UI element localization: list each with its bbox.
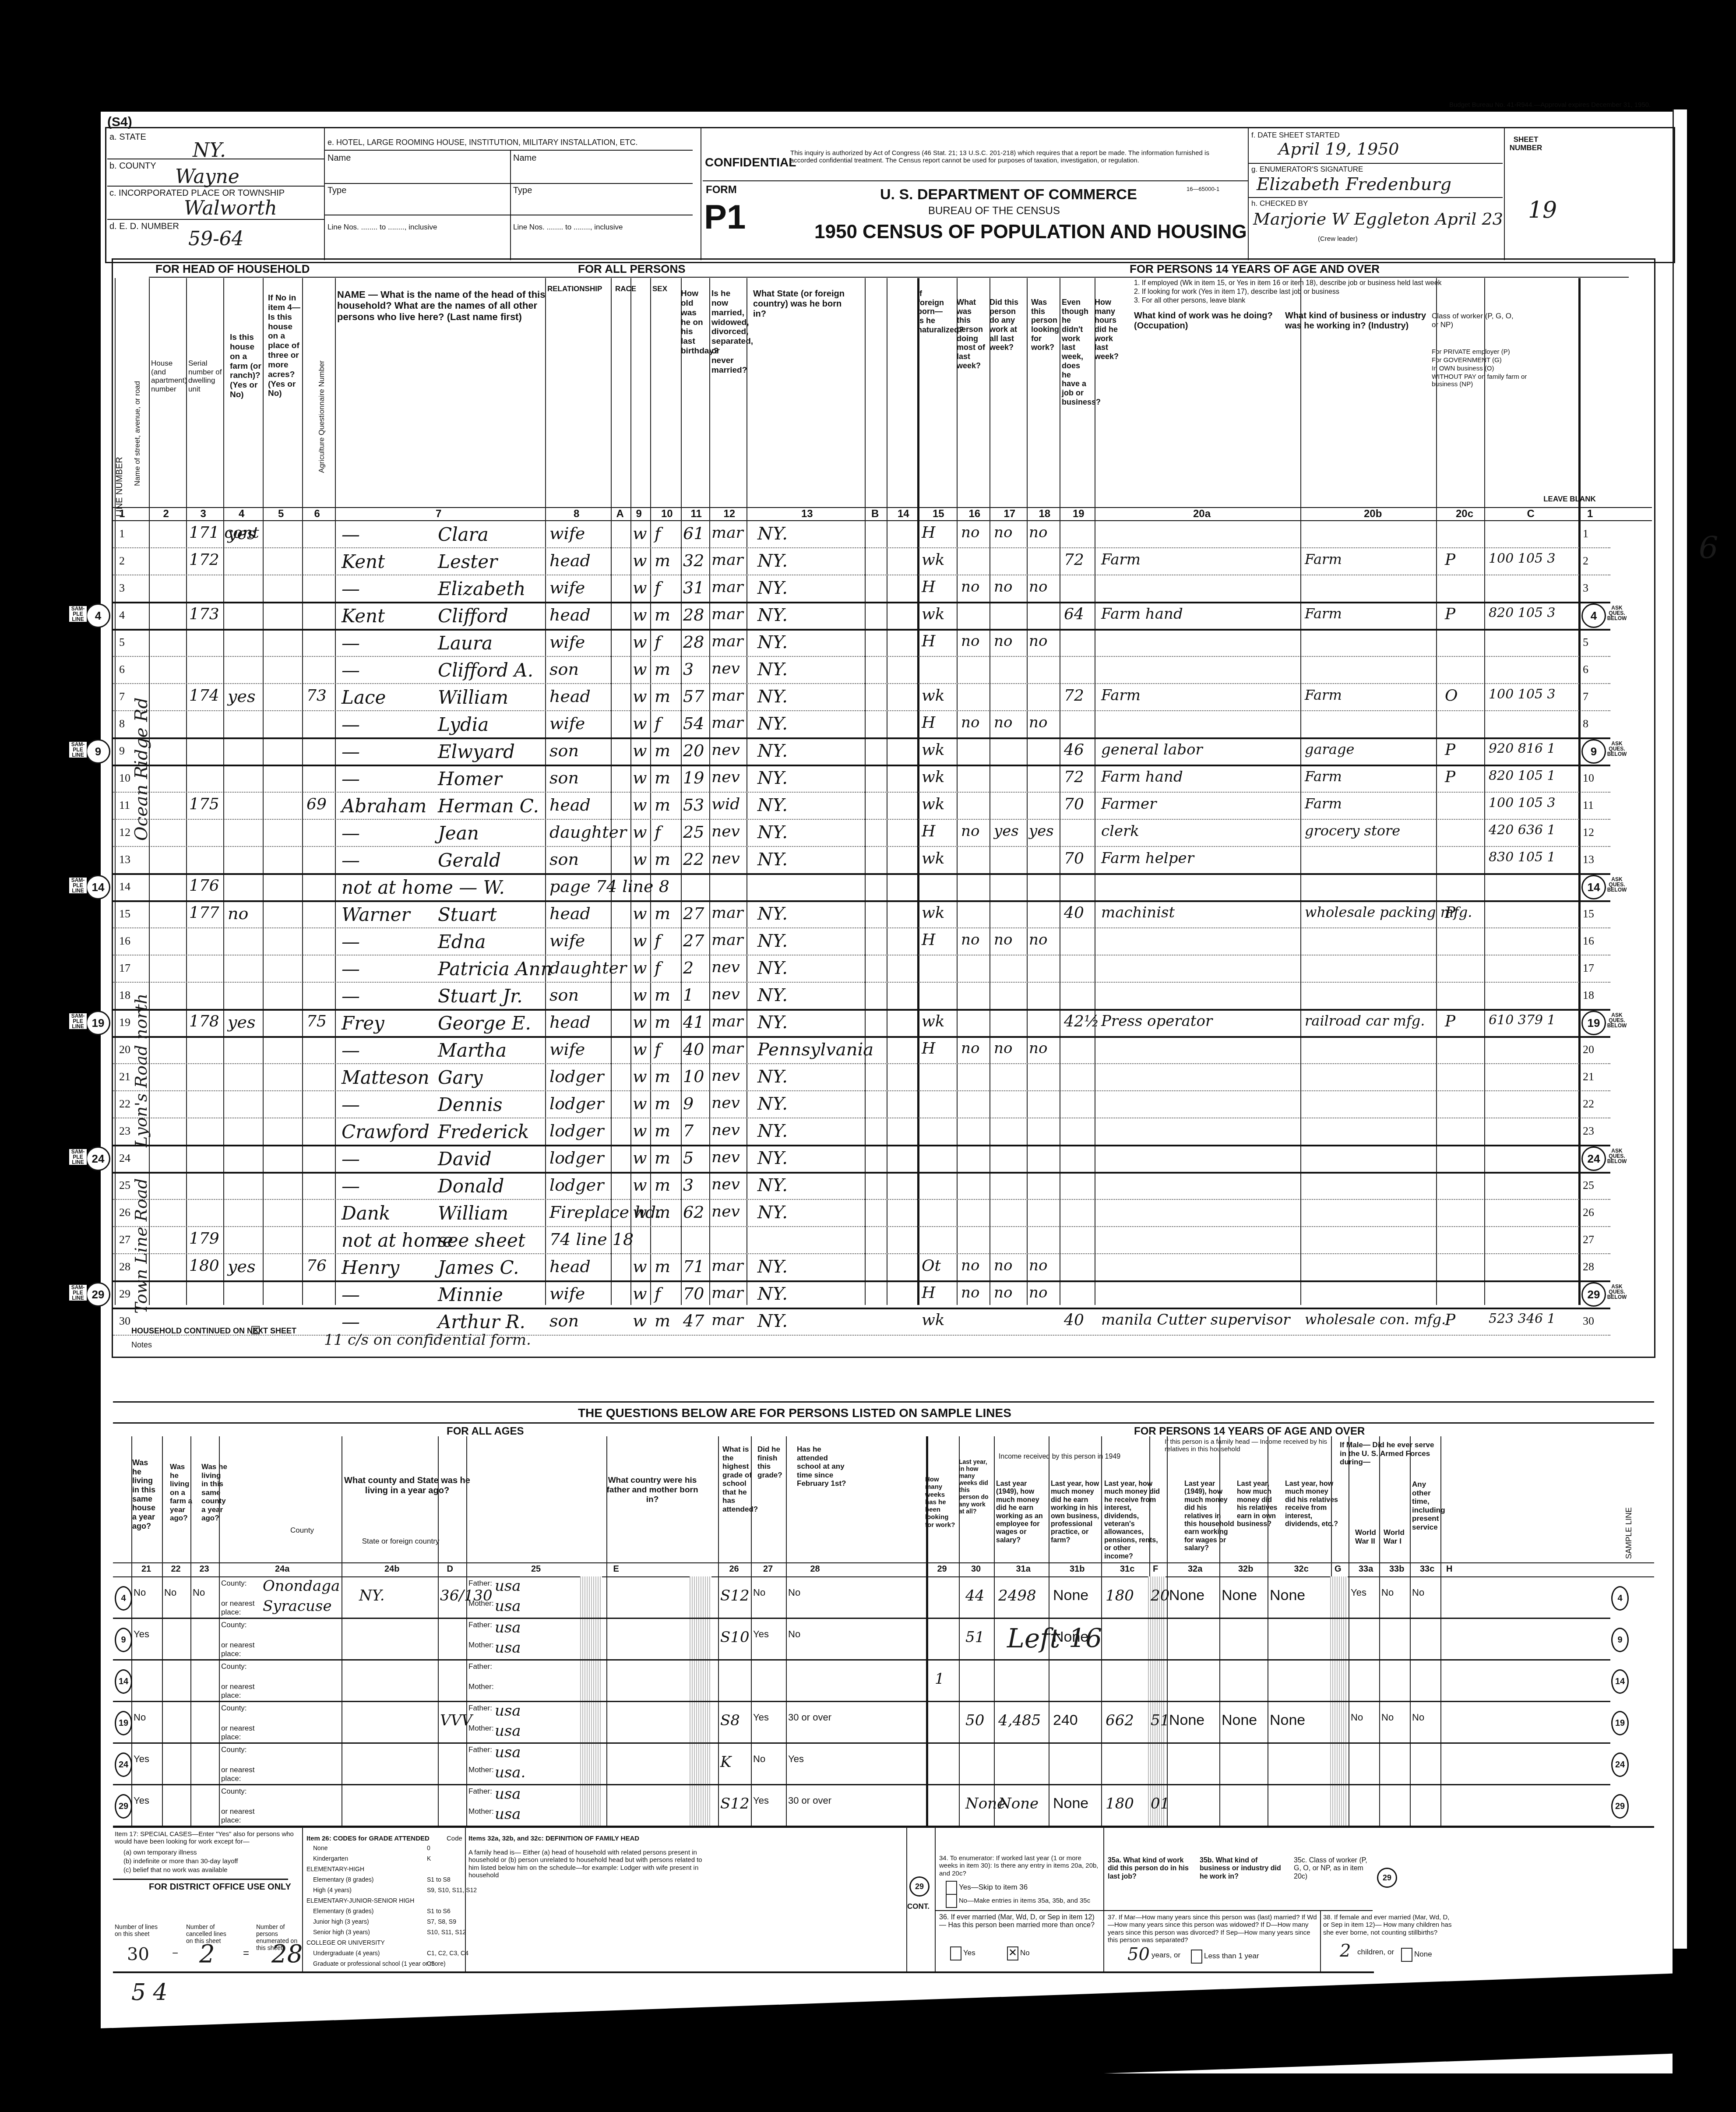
cell-age: 20 bbox=[683, 741, 704, 760]
sample-cell-attended[interactable]: No bbox=[788, 1629, 800, 1640]
line-number-right: 26 bbox=[1583, 1206, 1594, 1219]
column-number: 7 bbox=[436, 508, 441, 520]
cell-d16: no bbox=[961, 931, 979, 948]
ask-questions-label: ASK QUES. BELOW bbox=[1606, 1012, 1628, 1028]
cell-mar: nev bbox=[711, 1121, 740, 1139]
cell-code: 830 105 1 bbox=[1489, 850, 1556, 865]
institution-label: e. HOTEL, LARGE ROOMING HOUSE, INSTITUTI… bbox=[327, 138, 637, 147]
cell-mar: mar bbox=[711, 904, 743, 922]
cell-birth: NY. bbox=[757, 1257, 788, 1277]
cell-first: James C. bbox=[438, 1257, 519, 1278]
form-title: 1950 CENSUS OF POPULATION AND HOUSING bbox=[814, 221, 1247, 243]
cell-serial: 173 bbox=[189, 605, 219, 623]
line-number: 7 bbox=[119, 690, 125, 703]
cell-d15: H bbox=[922, 578, 935, 596]
cell-d16: no bbox=[961, 632, 979, 650]
sample-row-line-tag-icon: 14 bbox=[115, 1669, 132, 1694]
cell-occ: Farmer bbox=[1101, 795, 1156, 813]
cell-rel: son bbox=[549, 985, 579, 1005]
column-number: 16 bbox=[969, 508, 981, 520]
cell-occ: Farm hand bbox=[1101, 768, 1183, 786]
sample-column-number: 27 bbox=[763, 1564, 773, 1574]
sample-cell-c21[interactable]: Yes bbox=[134, 1629, 149, 1640]
sample-cell-c21[interactable]: Yes bbox=[134, 1795, 149, 1806]
cell-race: w bbox=[633, 850, 647, 869]
sample-column-number: 32c bbox=[1294, 1564, 1309, 1574]
continued-checkbox[interactable]: ☒ bbox=[250, 1324, 261, 1337]
father-label: Father: bbox=[468, 1662, 492, 1671]
sample-column-number: 24b bbox=[384, 1564, 399, 1574]
cell-d17: no bbox=[994, 632, 1012, 650]
sample-cell-attended[interactable]: 30 or over bbox=[788, 1712, 831, 1723]
line-number-right: 13 bbox=[1583, 853, 1594, 866]
col-4-header: Is this house on a farm (or ranch)? (Yes… bbox=[230, 333, 263, 400]
col-31b-header: Last year, how much money did he earn wo… bbox=[1051, 1480, 1101, 1544]
sample-cell-c31b[interactable]: 240 bbox=[1053, 1712, 1078, 1729]
cell-birth: NY. bbox=[757, 850, 788, 870]
col-15-header: What was this person doing most of last … bbox=[957, 298, 985, 370]
cell-race: w bbox=[633, 1311, 647, 1330]
cell-d15: H bbox=[922, 1284, 935, 1302]
cell-d17: no bbox=[994, 578, 1012, 596]
sample-cell-c32a[interactable]: None bbox=[1169, 1712, 1204, 1729]
grade-code-label: Senior high (3 years) bbox=[313, 1929, 370, 1936]
cell-d17: no bbox=[994, 714, 1012, 731]
person-row: 2525—Donaldlodgerwm3nevNY. bbox=[0, 1173, 1736, 1200]
cell-age: 7 bbox=[683, 1121, 694, 1140]
person-row: 2424—Davidlodgerwm5nevNY.24SAM-PLE LINE2… bbox=[0, 1146, 1736, 1173]
column-number: 8 bbox=[574, 508, 579, 520]
line-number-right: 28 bbox=[1583, 1260, 1594, 1273]
cell-age: 61 bbox=[683, 524, 704, 543]
cell-d15: wk bbox=[922, 904, 945, 922]
column-number: 13 bbox=[801, 508, 813, 520]
county-label: County: bbox=[221, 1704, 247, 1713]
cell-rel: head bbox=[549, 687, 591, 706]
sample-line-tag-icon: 19 bbox=[86, 1011, 110, 1035]
cell-sex: m bbox=[655, 1175, 670, 1195]
q38-suffix: children, or bbox=[1357, 1948, 1394, 1957]
cell-first: Jean bbox=[438, 822, 479, 844]
cell-ind: railroad car mfg. bbox=[1305, 1012, 1425, 1029]
cell-d18: no bbox=[1029, 524, 1047, 541]
sample-cell-c32b[interactable]: None bbox=[1222, 1587, 1257, 1604]
sample-line-label: SAM-PLE LINE bbox=[69, 878, 87, 893]
street-annotation-3: Town Line Road bbox=[131, 1178, 151, 1314]
cell-serial: 179 bbox=[189, 1230, 219, 1248]
line-number-right: 11 bbox=[1583, 799, 1594, 812]
sample-column-number: 33c bbox=[1420, 1564, 1434, 1574]
column-number: 2 bbox=[163, 508, 169, 520]
cell-first: Gerald bbox=[438, 850, 501, 871]
cell-age: 28 bbox=[683, 605, 704, 624]
sample-cell-attended[interactable]: No bbox=[788, 1587, 800, 1598]
sample-cell-c33a[interactable]: No bbox=[1351, 1712, 1363, 1723]
sample-row-line-tag-icon: 4 bbox=[115, 1586, 132, 1611]
column-number: 6 bbox=[314, 508, 320, 520]
sample-column-number: D bbox=[447, 1564, 453, 1574]
sample-cell-c32c[interactable]: None bbox=[1270, 1712, 1305, 1729]
cell-rel: head bbox=[549, 795, 591, 814]
cell-age: 10 bbox=[683, 1067, 704, 1086]
person-row: 99—Elwyardsonwm20nevNY.wk46general labor… bbox=[0, 738, 1736, 765]
cell-sex: m bbox=[655, 687, 670, 706]
grade-code-label: Undergraduate (4 years) bbox=[313, 1950, 380, 1957]
cell-ind: wholesale con. mfg. bbox=[1305, 1311, 1446, 1328]
cell-serial: 172 bbox=[189, 551, 219, 569]
sample-cell-father: usa bbox=[495, 1744, 521, 1761]
cell-first: David bbox=[438, 1148, 492, 1170]
cell-last: Henry bbox=[342, 1257, 399, 1278]
cell-birth: NY. bbox=[757, 714, 788, 734]
cell-rel: head bbox=[549, 551, 591, 570]
cell-last: Kent bbox=[342, 551, 385, 572]
sample-cell-c21[interactable]: No bbox=[134, 1587, 146, 1598]
ed-label: d. E. D. NUMBER bbox=[109, 222, 179, 231]
father-label: Father: bbox=[468, 1704, 492, 1713]
column-number: 10 bbox=[661, 508, 673, 520]
sample-cell-c31a: 4,485 bbox=[998, 1712, 1041, 1729]
line-number-right: 18 bbox=[1583, 989, 1594, 1002]
grade-code-label: ELEMENTARY-HIGH bbox=[306, 1865, 364, 1872]
cell-code: 523 346 1 bbox=[1489, 1311, 1556, 1326]
col-33c-header: Any other time, including present servic… bbox=[1412, 1480, 1438, 1531]
cell-birth: NY. bbox=[757, 958, 788, 978]
special-case-b: (b) indefinite or more than 30-day layof… bbox=[123, 1858, 307, 1865]
col-30-header: Last year, in how many weeks did this pe… bbox=[959, 1458, 992, 1515]
line-number: 13 bbox=[119, 853, 130, 866]
column-number: 20c bbox=[1456, 508, 1473, 520]
column-number: 12 bbox=[724, 508, 736, 520]
q38-none[interactable]: None bbox=[1401, 1948, 1432, 1962]
cell-race: w bbox=[633, 1175, 647, 1195]
grade-code-value: C1, C2, C3, C4 bbox=[427, 1950, 468, 1957]
line-number: 2 bbox=[119, 554, 125, 568]
grade-code-label: Elementary (6 grades) bbox=[313, 1907, 374, 1915]
line-number: 27 bbox=[119, 1233, 130, 1246]
institution-name-label-2: Name bbox=[513, 153, 536, 163]
cell-last: Abraham bbox=[342, 795, 426, 817]
sample-line-label: SAM-PLE LINE bbox=[69, 742, 87, 758]
cell-d15: wk bbox=[922, 1012, 945, 1030]
cell-hours: 40 bbox=[1064, 904, 1084, 922]
cell-age: 1 bbox=[683, 985, 694, 1005]
cell-birth: Pennsylvania bbox=[757, 1040, 873, 1060]
person-row: 2626DankWilliamFireplace hd.wm62nevNY. bbox=[0, 1200, 1736, 1227]
grade-code-label: Junior high (3 years) bbox=[313, 1918, 369, 1925]
col-24a-header: County bbox=[254, 1526, 350, 1535]
mother-label: Mother: bbox=[468, 1807, 494, 1816]
sample-column-number: H bbox=[1446, 1564, 1452, 1574]
q35a-text: 35a. What kind of work did this person d… bbox=[1108, 1857, 1195, 1881]
cell-mar: mar bbox=[711, 687, 743, 705]
cell-hours: 72 bbox=[1064, 687, 1084, 705]
line-number-right: 12 bbox=[1583, 826, 1594, 839]
sample-cell-c31b[interactable]: None bbox=[1053, 1795, 1088, 1812]
father-label: Father: bbox=[468, 1579, 492, 1588]
line-number-right: 7 bbox=[1583, 690, 1588, 703]
grade-code-label: Kindergarten bbox=[313, 1855, 348, 1862]
sample-cell-mother: usa bbox=[495, 1597, 521, 1615]
col-20a-header: What kind of work was he doing? (Occupat… bbox=[1134, 311, 1278, 331]
cell-occ: clerk bbox=[1101, 822, 1139, 840]
cell-first: Gary bbox=[438, 1067, 482, 1088]
cell-sex: m bbox=[655, 904, 670, 923]
cell-rel: son bbox=[549, 768, 579, 787]
cell-d16: no bbox=[961, 1257, 979, 1274]
line-number: 15 bbox=[119, 907, 130, 920]
cell-farm: yes bbox=[228, 1257, 255, 1276]
cell-farm: yes bbox=[228, 524, 255, 543]
sample-cell-finish[interactable]: Yes bbox=[753, 1629, 769, 1640]
cell-d15: wk bbox=[922, 551, 945, 569]
sample-column-number: 26 bbox=[729, 1564, 739, 1574]
sample-row-line-tag-icon: 29 bbox=[1611, 1794, 1629, 1819]
grade-code-label: None bbox=[313, 1844, 327, 1851]
mother-label: Mother: bbox=[468, 1641, 494, 1650]
person-row: 2121MattesonGarylodgerwm10nevNY. bbox=[0, 1064, 1736, 1091]
cell-age: 40 bbox=[683, 1040, 704, 1059]
sample-cell-c32b[interactable]: None bbox=[1222, 1712, 1257, 1729]
sample-cell-c23[interactable]: No bbox=[193, 1587, 205, 1598]
grade-code-value: 0 bbox=[427, 1844, 430, 1851]
father-label: Father: bbox=[468, 1621, 492, 1629]
special-case-a: (a) own temporary illness bbox=[123, 1849, 307, 1856]
sample-cell-c32a[interactable]: None bbox=[1169, 1587, 1204, 1604]
sample-cell-c33b[interactable]: No bbox=[1381, 1587, 1394, 1598]
sample-cell-c21[interactable]: Yes bbox=[134, 1753, 149, 1765]
cell-race: w bbox=[633, 1257, 647, 1276]
cell-code: 820 105 1 bbox=[1489, 768, 1556, 783]
sample-cell-finish[interactable]: No bbox=[753, 1587, 765, 1598]
sample-cell-c30: 44 bbox=[965, 1587, 984, 1604]
cell-rel: son bbox=[549, 1311, 579, 1330]
cell-first: Patricia Ann bbox=[438, 958, 553, 980]
cell-first: Lester bbox=[438, 551, 497, 572]
q36-no[interactable]: ✕No bbox=[1007, 1946, 1030, 1960]
institution-name-label-1: Name bbox=[327, 153, 351, 163]
col-14-header: If foreign born— Is he naturalized? bbox=[917, 289, 946, 334]
sample-cell-c21[interactable]: No bbox=[134, 1712, 146, 1723]
sample-row-line-tag-icon: 9 bbox=[1611, 1628, 1629, 1652]
cell-birth: NY. bbox=[757, 822, 788, 843]
cell-hours: 64 bbox=[1064, 605, 1084, 623]
cell-birth: NY. bbox=[757, 659, 788, 680]
grade-code-column: Code bbox=[447, 1835, 462, 1842]
form-code: 16—65000-1 bbox=[1187, 186, 1219, 192]
cell-d16: no bbox=[961, 714, 979, 731]
person-row: 1919178yes75FreyGeorge E.headwm41marNY.w… bbox=[0, 1010, 1736, 1037]
left-annotation: Left 16 bbox=[1007, 1623, 1102, 1654]
sample-line-label: SAM-PLE LINE bbox=[69, 1149, 87, 1165]
cell-race: w bbox=[633, 578, 647, 597]
family-head-text: A family head is— Either (a) head of hou… bbox=[468, 1849, 705, 1879]
person-row: 1313—Geraldsonwm22nevNY.wk70Farm helper8… bbox=[0, 847, 1736, 874]
cell-mar: nev bbox=[711, 659, 740, 677]
q35b-text: 35b. What kind of business or industry d… bbox=[1200, 1857, 1287, 1881]
line-number: 6 bbox=[119, 663, 125, 676]
nearest-place-label: or nearest place: bbox=[221, 1682, 261, 1699]
sample-cell-c33c[interactable]: No bbox=[1412, 1587, 1424, 1598]
cell-d17: no bbox=[994, 524, 1012, 541]
line-number: 23 bbox=[119, 1125, 130, 1138]
sample-cell-c30: 51 bbox=[965, 1629, 984, 1646]
cell-mar: mar bbox=[711, 714, 743, 732]
q37-answer: 50 bbox=[1127, 1944, 1150, 1964]
sample-row-line-tag-icon: 24 bbox=[115, 1752, 132, 1777]
cell-last: — bbox=[342, 578, 360, 599]
sample-cell-c33b[interactable]: No bbox=[1381, 1712, 1394, 1723]
sample-line-tag-icon: 9 bbox=[86, 739, 110, 764]
cell-cls: O bbox=[1445, 687, 1458, 705]
col-8-header: RELATIONSHIP bbox=[547, 285, 609, 293]
street-name-label: Name of street, avenue, or road bbox=[134, 302, 142, 486]
grade-code-label: Elementary (8 grades) bbox=[313, 1876, 374, 1883]
sample-cell-attended[interactable]: Yes bbox=[788, 1753, 804, 1765]
cell-sex: f bbox=[655, 1040, 661, 1059]
cell-last: — bbox=[342, 1175, 360, 1197]
cell-code: 100 105 3 bbox=[1489, 551, 1556, 566]
sample-cell-c22[interactable]: No bbox=[164, 1587, 176, 1598]
sample-cell-finish[interactable]: Yes bbox=[753, 1795, 769, 1806]
line-number-right: 22 bbox=[1583, 1097, 1594, 1111]
cell-d16: no bbox=[961, 1284, 979, 1301]
sample-column-number: 24a bbox=[275, 1564, 289, 1574]
sample-cell-attended[interactable]: 30 or over bbox=[788, 1795, 831, 1806]
sample-cell-finish[interactable]: No bbox=[753, 1753, 765, 1765]
ed-number: 59-64 bbox=[188, 228, 244, 250]
sample-cell-c29: 1 bbox=[935, 1670, 944, 1688]
line-number: 10 bbox=[119, 772, 130, 785]
sample-cell-c33c[interactable]: No bbox=[1412, 1712, 1424, 1723]
nearest-place-label: or nearest place: bbox=[221, 1641, 261, 1658]
cell-mar: mar bbox=[711, 605, 743, 623]
cell-sex: m bbox=[655, 1148, 670, 1167]
cell-hours: 70 bbox=[1064, 850, 1084, 867]
cell-age: 27 bbox=[683, 904, 704, 923]
sample-row-line-tag-icon: 19 bbox=[1611, 1711, 1629, 1735]
cell-last: Crawford bbox=[342, 1121, 430, 1142]
budget-note: Budget Bureau No. 41-R944.—Approval expi… bbox=[1449, 102, 1651, 109]
cell-mar: mar bbox=[711, 551, 743, 569]
cell-last: Dank bbox=[342, 1202, 390, 1224]
cell-sex: m bbox=[655, 1094, 670, 1113]
person-row: 33—Elizabethwifewf31marNY.Hnonono bbox=[0, 575, 1736, 603]
cell-d17: no bbox=[994, 1040, 1012, 1057]
cell-rel: wife bbox=[549, 1040, 585, 1059]
cell-race: w bbox=[633, 551, 647, 570]
q34-no[interactable]: No—Make entries in items 35a, 35b, and 3… bbox=[946, 1894, 1090, 1908]
q37-less-than-year[interactable]: Less than 1 year bbox=[1191, 1950, 1259, 1964]
sample-column-number: 32b bbox=[1238, 1564, 1253, 1574]
sample-cell-c31b[interactable]: None bbox=[1053, 1587, 1088, 1604]
sample-cell-d: VVV bbox=[440, 1712, 472, 1729]
grade-code-value: S9, S10, S11, S12 bbox=[427, 1886, 477, 1893]
person-row: 55—Laurawifewf28marNY.Hnonono bbox=[0, 630, 1736, 657]
cell-race: w bbox=[633, 687, 647, 706]
sample-cell-grade: S8 bbox=[720, 1712, 740, 1729]
ask-questions-label: ASK QUES. BELOW bbox=[1606, 877, 1628, 892]
q34-yes[interactable]: Yes—Skip to item 36 bbox=[946, 1881, 1028, 1895]
cell-sex: m bbox=[655, 1121, 670, 1140]
sample-cell-mother: usa bbox=[495, 1722, 521, 1740]
cell-first: Dennis bbox=[438, 1094, 503, 1115]
armed-forces-header: If Male— Did he ever serve in the U. S. … bbox=[1340, 1441, 1436, 1467]
cell-serial: 178 bbox=[189, 1012, 219, 1030]
q36-yes[interactable]: Yes bbox=[950, 1946, 975, 1960]
income-header: Income received by this person in 1949 bbox=[981, 1453, 1138, 1461]
sample-cell-c32c[interactable]: None bbox=[1270, 1587, 1305, 1604]
sample-row-line-tag-icon: 4 bbox=[1611, 1586, 1629, 1611]
cell-last: — bbox=[342, 524, 360, 545]
cell-age: 57 bbox=[683, 687, 704, 706]
line-number-right: 8 bbox=[1583, 717, 1588, 730]
occupation-instruction-2: 2. If looking for work (Yes in item 17),… bbox=[1134, 288, 1484, 296]
sample-line-label: SAM-PLE LINE bbox=[69, 1285, 87, 1301]
continued-label: HOUSEHOLD CONTINUED ON NEXT SHEET bbox=[131, 1327, 296, 1336]
cell-rel: daughter bbox=[549, 822, 627, 842]
sample-cell-finish[interactable]: Yes bbox=[753, 1712, 769, 1723]
cell-sex: f bbox=[655, 1284, 661, 1303]
sample-row: 2424County:or nearest place:Father:Mothe… bbox=[0, 1744, 1736, 1785]
cell-sex: m bbox=[655, 768, 670, 787]
cell-last: Matteson bbox=[342, 1067, 430, 1088]
person-row: 77174yes73LaceWilliamheadwm57marNY.wk72F… bbox=[0, 684, 1736, 711]
sample-column-number: 33b bbox=[1389, 1564, 1404, 1574]
sample-cell-county: Onondaga bbox=[263, 1577, 340, 1595]
all-persons-header: FOR ALL PERSONS bbox=[578, 263, 686, 275]
cell-birth: NY. bbox=[757, 632, 788, 652]
place-label: c. INCORPORATED PLACE OR TOWNSHIP bbox=[109, 188, 285, 198]
occupation-instruction-1: 1. If employed (Wk in item 15, or Yes in… bbox=[1134, 279, 1484, 287]
cell-last: — bbox=[342, 741, 360, 762]
cell-ind: Farm bbox=[1305, 795, 1342, 812]
cell-mar: nev bbox=[711, 1148, 740, 1166]
cell-mar: nev bbox=[711, 741, 740, 759]
person-row: 1010—Homersonwm19nevNY.wk72Farm handFarm… bbox=[0, 765, 1736, 793]
cell-cls: P bbox=[1445, 1012, 1455, 1030]
line-number-right: 17 bbox=[1583, 962, 1594, 975]
sample-column-number: 30 bbox=[971, 1564, 981, 1574]
cell-code: 820 105 3 bbox=[1489, 605, 1556, 621]
cell-last: — bbox=[342, 632, 360, 654]
column-number: 18 bbox=[1039, 508, 1051, 520]
cell-serial: 174 bbox=[189, 687, 219, 705]
line-nos-1: Line Nos. ........ to ........, inclusiv… bbox=[327, 223, 437, 232]
sample-row: 99County:or nearest place:Father:Mother:… bbox=[0, 1619, 1736, 1661]
cell-last: — bbox=[342, 768, 360, 790]
cell-race: w bbox=[633, 795, 647, 814]
sample-cell-c33a[interactable]: Yes bbox=[1351, 1587, 1366, 1598]
sample-cell-f: 51 bbox=[1151, 1712, 1169, 1729]
cell-cls: P bbox=[1445, 1311, 1455, 1329]
sample-row-line-tag-icon: 29 bbox=[115, 1794, 132, 1819]
cell-d15: H bbox=[922, 931, 935, 949]
cell-first: Frederick bbox=[438, 1121, 529, 1142]
ask-questions-label: ASK QUES. BELOW bbox=[1606, 1148, 1628, 1164]
cell-first: Minnie bbox=[438, 1284, 503, 1305]
sample-row-line-tag-icon: 14 bbox=[1611, 1669, 1629, 1694]
line-number: 17 bbox=[119, 962, 130, 975]
line-number: 12 bbox=[119, 826, 130, 839]
cell-sex: m bbox=[655, 1012, 670, 1032]
ask-questions-label: ASK QUES. BELOW bbox=[1606, 1284, 1628, 1300]
date-label: f. DATE SHEET STARTED bbox=[1251, 131, 1340, 140]
cell-age: 25 bbox=[683, 822, 704, 842]
cell-birth: NY. bbox=[757, 687, 788, 707]
line-number-right: 16 bbox=[1583, 934, 1594, 948]
cell-age: 22 bbox=[683, 850, 704, 869]
